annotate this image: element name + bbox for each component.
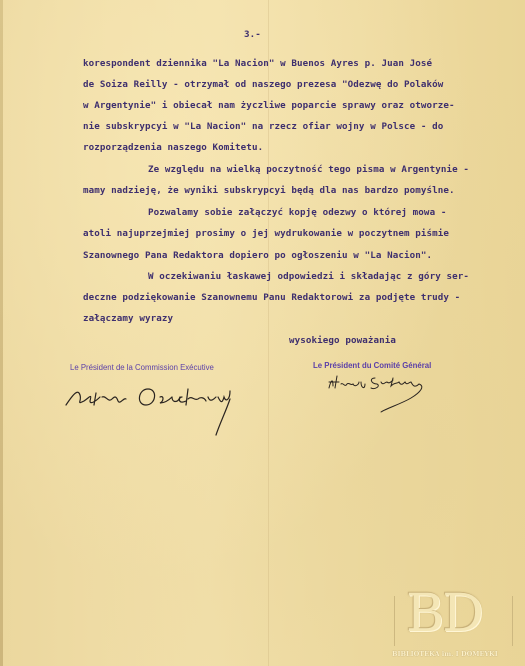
body-line: korespondent dziennika "La Nacion" w Bue… bbox=[83, 58, 432, 69]
body-line: mamy nadzieję, że wyniki subskrypcyi będ… bbox=[83, 185, 455, 196]
body-line: rozporządzenia naszego Komitetu. bbox=[83, 142, 263, 153]
body-line: Ze względu na wielką poczytność tego pis… bbox=[148, 164, 469, 175]
watermark-bar-left bbox=[394, 596, 395, 646]
signature-osuchowski bbox=[60, 375, 250, 440]
stamp-comite-general: Le Président du Comité Général bbox=[313, 361, 431, 370]
body-line: Pozwalamy sobie załączyć kopję odezwy o … bbox=[148, 207, 446, 218]
stamp-commission-executive: Le Président de la Commission Exécutive bbox=[70, 363, 214, 372]
closing-line: wysokiego poważania bbox=[289, 335, 396, 346]
body-line: w Argentynie" i obiecał nam życzliwe pop… bbox=[83, 100, 455, 111]
paper-edge bbox=[0, 0, 3, 666]
body-line: W oczekiwaniu łaskawej odpowiedzi i skła… bbox=[148, 271, 469, 282]
watermark-logo: BD bbox=[406, 584, 482, 644]
library-watermark: BD BIBLIOTEKA im. I DOMEYKI bbox=[390, 590, 518, 660]
page-number: 3.- bbox=[244, 29, 261, 40]
body-line: atoli najuprzejmiej prosimy o jej wydruk… bbox=[83, 228, 449, 239]
body-line: nie subskrypcyi w "La Nacion" na rzecz o… bbox=[83, 121, 443, 132]
document-page: 3.- korespondent dziennika "La Nacion" w… bbox=[0, 0, 525, 666]
body-line: Szanownego Pana Redaktora dopiero po ogł… bbox=[83, 250, 432, 261]
signature-sienkiewicz bbox=[325, 370, 445, 415]
body-line: załączamy wyrazy bbox=[83, 313, 173, 324]
watermark-caption: BIBLIOTEKA im. I DOMEYKI bbox=[392, 650, 498, 658]
watermark-bar-right bbox=[512, 596, 513, 646]
body-line: deczne podziękowanie Szanownemu Panu Red… bbox=[83, 292, 460, 303]
body-line: de Soiza Reilly - otrzymał od naszego pr… bbox=[83, 79, 443, 90]
